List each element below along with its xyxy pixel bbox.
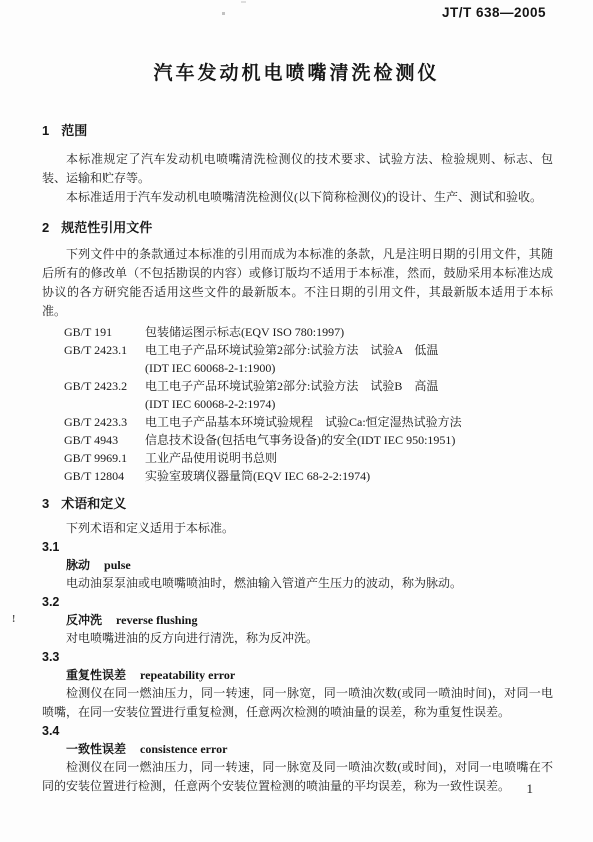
section-title: 范围	[61, 123, 87, 138]
reference-code: GB/T 4943	[64, 431, 145, 449]
reference-title: 电工电子产品环境试验第2部分:试验方法 试验B 高温	[145, 377, 553, 395]
reference-code: GB/T 12804	[64, 467, 145, 485]
reference-title: 实验室玻璃仪器量筒(EQV IEC 68-2-2:1974)	[145, 467, 553, 485]
reference-continuation: (IDT IEC 60068-2-1:1900)	[64, 359, 553, 377]
paragraph: 本标准适用于汽车发动机电喷嘴清洗检测仪(以下简称检测仪)的设计、生产、测试和验收…	[42, 188, 553, 207]
term-name-zh: 重复性误差	[66, 668, 126, 682]
section-title: 术语和定义	[61, 496, 126, 511]
paragraph: 下列文件中的条款通过本标准的引用而成为本标准的条款，凡是注明日期的引用文件，其随…	[42, 245, 553, 321]
term-name-en: pulse	[104, 558, 131, 572]
reference-code: GB/T 2423.2	[64, 377, 145, 395]
section-heading-scope: 1范围	[42, 122, 553, 140]
term-definition: 对电喷嘴进油的反方向进行清洗，称为反冲洗。	[42, 629, 553, 648]
section-heading-normative-references: 2规范性引用文件	[42, 219, 553, 237]
reference-title: 包装储运图示标志(EQV ISO 780:1997)	[145, 323, 553, 341]
scan-speck	[241, 1, 246, 3]
reference-item: GB/T 191 包装储运图示标志(EQV ISO 780:1997)	[64, 323, 553, 341]
reference-item: GB/T 4943 信息技术设备(包括电气事务设备)的安全(IDT IEC 95…	[64, 431, 553, 449]
term-name-en: consistence error	[140, 742, 227, 756]
reference-code: GB/T 2423.1	[64, 341, 145, 359]
term-name-zh: 一致性误差	[66, 742, 126, 756]
reference-code: GB/T 2423.3	[64, 413, 145, 431]
term-name: 反冲洗reverse flushing	[42, 611, 553, 629]
reference-item: GB/T 2423.2 电工电子产品环境试验第2部分:试验方法 试验B 高温	[64, 377, 553, 395]
paragraph: 下列术语和定义适用于本标准。	[42, 519, 553, 538]
section-heading-terms-definitions: 3术语和定义	[42, 495, 553, 513]
term-number: 3.2	[42, 593, 553, 611]
section-number: 3	[42, 496, 49, 511]
section-number: 1	[42, 123, 49, 138]
document-body: 1范围 本标准规定了汽车发动机电喷嘴清洗检测仪的技术要求、试验方法、检验规则、标…	[42, 122, 553, 796]
document-title: 汽车发动机电喷嘴清洗检测仪	[0, 58, 593, 85]
term-name-en: reverse flushing	[116, 613, 197, 627]
reference-item: GB/T 2423.1 电工电子产品环境试验第2部分:试验方法 试验A 低温	[64, 341, 553, 359]
reference-title: 电工电子产品环境试验第2部分:试验方法 试验A 低温	[145, 341, 553, 359]
reference-item: GB/T 2423.3 电工电子产品基本环境试验规程 试验Ca:恒定湿热试验方法	[64, 413, 553, 431]
reference-item: GB/T 12804 实验室玻璃仪器量筒(EQV IEC 68-2-2:1974…	[64, 467, 553, 485]
document-page: JT/T 638—2005 汽车发动机电喷嘴清洗检测仪 ! 1范围 本标准规定了…	[0, 0, 593, 842]
term-definition: 检测仪在同一燃油压力，同一转速，同一脉宽及同一喷油次数(或时间)，对同一电喷嘴在…	[42, 758, 553, 796]
reference-code: GB/T 9969.1	[64, 449, 145, 467]
reference-code: GB/T 191	[64, 323, 145, 341]
reference-item: GB/T 9969.1 工业产品使用说明书总则	[64, 449, 553, 467]
term-number: 3.3	[42, 648, 553, 666]
scan-speck	[222, 12, 225, 15]
reference-title: 信息技术设备(包括电气事务设备)的安全(IDT IEC 950:1951)	[145, 431, 553, 449]
section-number: 2	[42, 220, 49, 235]
reference-list: GB/T 191 包装储运图示标志(EQV ISO 780:1997) GB/T…	[42, 323, 553, 485]
term-name: 脉动pulse	[42, 556, 553, 574]
section-title: 规范性引用文件	[61, 220, 152, 235]
standard-code: JT/T 638—2005	[442, 5, 546, 20]
paragraph: 本标准规定了汽车发动机电喷嘴清洗检测仪的技术要求、试验方法、检验规则、标志、包装…	[42, 150, 553, 188]
scan-artifact-mark: !	[12, 614, 15, 625]
term-name: 重复性误差repeatability error	[42, 666, 553, 684]
term-name-zh: 反冲洗	[66, 613, 102, 627]
term-name: 一致性误差consistence error	[42, 740, 553, 758]
reference-title: 工业产品使用说明书总则	[145, 449, 553, 467]
term-name-zh: 脉动	[66, 558, 90, 572]
term-definition: 电动油泵泵油或电喷嘴喷油时，燃油输入管道产生压力的波动，称为脉动。	[42, 574, 553, 593]
page-number: 1	[527, 781, 534, 797]
reference-title: 电工电子产品基本环境试验规程 试验Ca:恒定湿热试验方法	[145, 413, 553, 431]
reference-continuation: (IDT IEC 60068-2-2:1974)	[64, 395, 553, 413]
term-number: 3.4	[42, 722, 553, 740]
term-name-en: repeatability error	[140, 668, 235, 682]
term-number: 3.1	[42, 538, 553, 556]
term-definition: 检测仪在同一燃油压力，同一转速，同一脉宽，同一喷油次数(或同一喷油时间)，对同一…	[42, 684, 553, 722]
